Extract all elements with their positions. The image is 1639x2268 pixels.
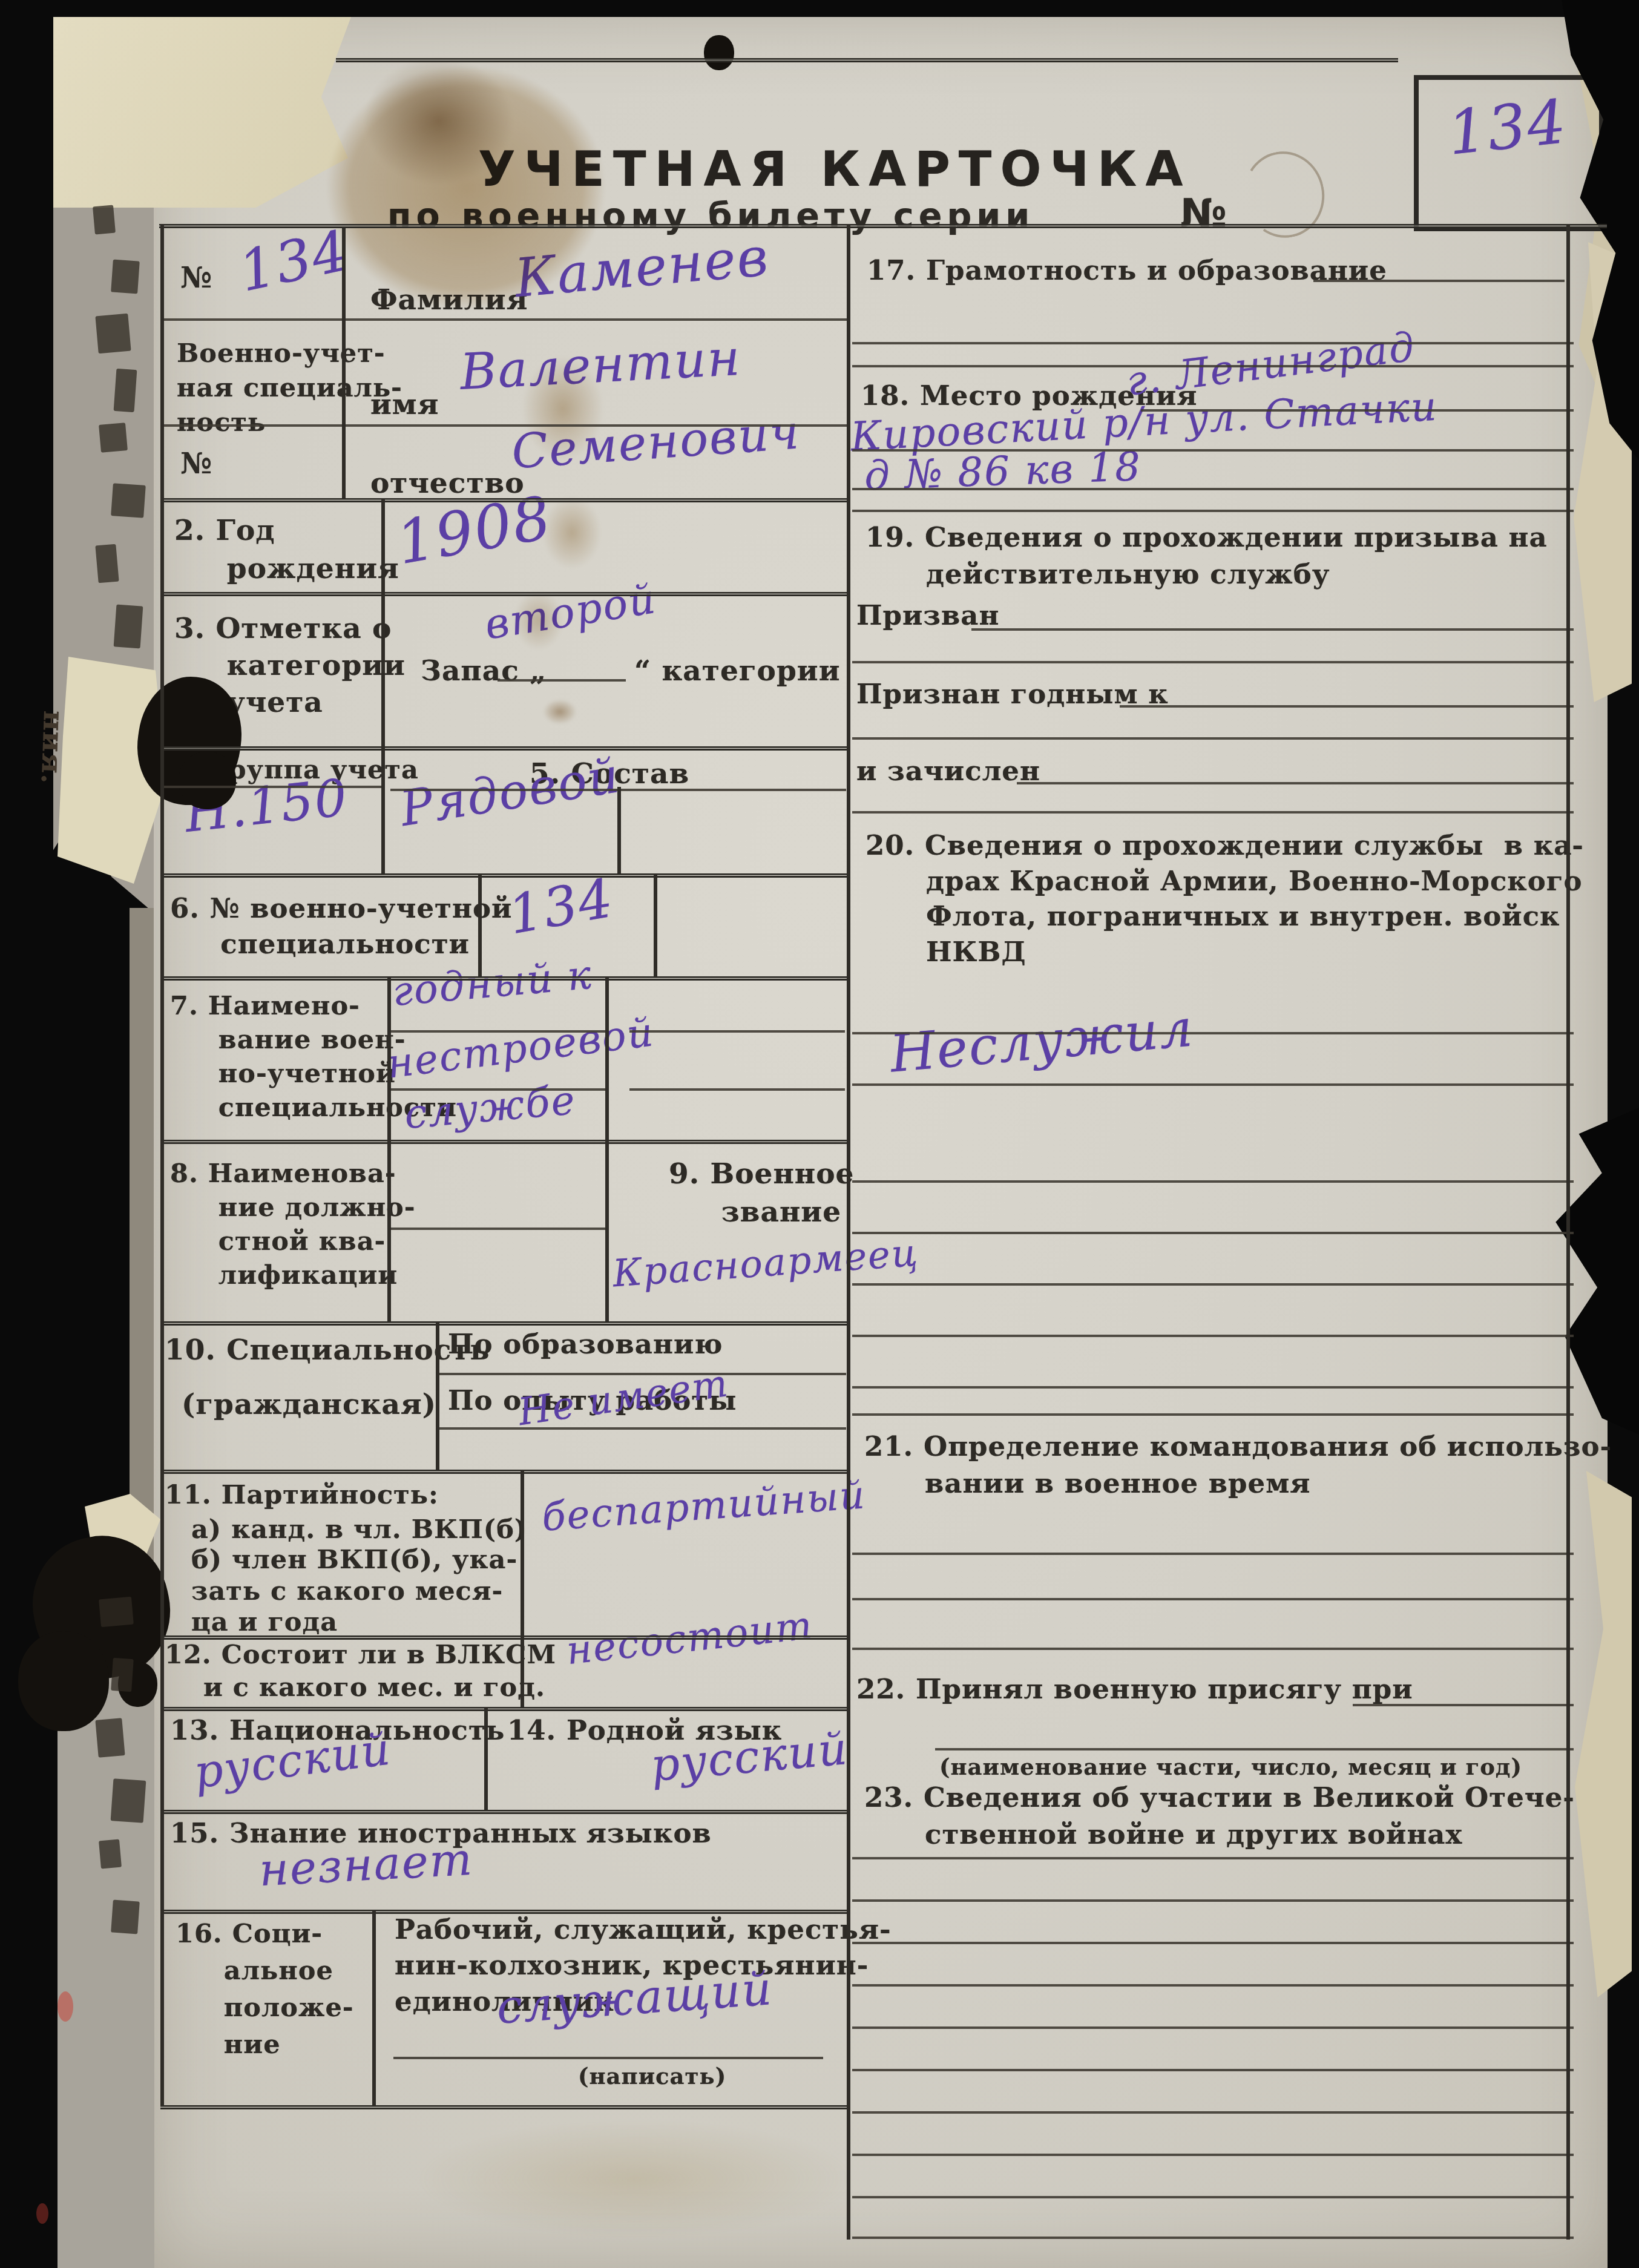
tea-stain-drip1 [508, 339, 617, 478]
rule-line [160, 873, 847, 878]
rule-line [1120, 705, 1574, 708]
rule-line [1313, 280, 1565, 282]
rule-line [852, 1857, 1574, 1859]
divider-line [372, 1910, 376, 2105]
field-3-zapas-label: Запас „ [421, 652, 547, 689]
rule-line [1353, 1704, 1574, 1706]
field-no-label: № [180, 259, 212, 297]
rule-line [852, 2026, 1574, 2029]
divider-line [387, 976, 391, 1140]
red-mark-2 [36, 2203, 48, 2224]
series-number-sign: № [1180, 189, 1227, 239]
divider-line [381, 746, 385, 873]
rule-line [852, 1648, 1574, 1650]
spine-print-mark [111, 483, 146, 518]
divider-line [847, 224, 850, 2240]
rule-line [160, 592, 847, 596]
spine-print-mark [111, 1900, 140, 1934]
divider-line [381, 498, 385, 746]
rule-line [1141, 409, 1574, 412]
spine-print-mark [95, 1718, 125, 1758]
rule-line [852, 811, 1574, 814]
field-11-label: 11. Партийность: [165, 1479, 439, 1513]
spine-text-fragment: ния. [33, 710, 71, 785]
divider-line [387, 1140, 391, 1321]
spine-print-mark [95, 314, 131, 353]
field-no2-label: № [180, 445, 212, 482]
rule-line [160, 1321, 847, 1326]
tea-stain-spot [539, 696, 581, 728]
rule-line [160, 746, 847, 751]
rule-line [852, 1553, 1574, 1555]
rule-line [629, 1030, 845, 1033]
spine-print-mark [99, 1597, 134, 1628]
rule-line [852, 1083, 1574, 1086]
field-22-label: 22. Принял военную присягу при [856, 1672, 1413, 1708]
spine-print-mark [99, 1839, 122, 1869]
divider-line [521, 1470, 524, 1707]
rule-line [852, 1232, 1574, 1234]
spine-print-mark [93, 205, 116, 235]
rule-line [160, 976, 847, 981]
divider-line [617, 787, 621, 873]
rule-line [436, 1427, 846, 1430]
spine-print-mark [111, 1658, 134, 1692]
field-21-label: 21. Определение командования об использо… [864, 1428, 1612, 1502]
rule-line [160, 1707, 847, 1711]
field-19-zachislen-label: и зачислен [856, 754, 1040, 789]
rule-line [160, 318, 847, 321]
rule-line [852, 365, 1574, 367]
rule-line [852, 1942, 1574, 1944]
field-11-option-b: б) член ВКП(б), ука- зать с какого меся-… [191, 1545, 517, 1639]
rule-line [935, 1748, 1574, 1750]
divider-line [342, 228, 346, 498]
rule-line [852, 2237, 1574, 2239]
corner-number-value: 134 [1444, 86, 1570, 169]
rule-line [387, 1228, 605, 1230]
field-2-label: 2. Год рождения [174, 511, 399, 588]
rule-line [336, 58, 1398, 62]
bottom-wash-stain [363, 2106, 908, 2252]
spine-print-mark [114, 605, 143, 649]
rule-line [160, 498, 847, 502]
rule-line [852, 1283, 1574, 1286]
divider-line [605, 1140, 609, 1321]
spine-strip-sliver [130, 908, 154, 1574]
divider-line [605, 976, 609, 1140]
rule-line [393, 2057, 823, 2059]
rule-line [852, 661, 1574, 663]
rule-line [852, 737, 1574, 740]
field-16-note: (написать) [578, 2062, 726, 2091]
rule-line [852, 1598, 1574, 1600]
rule-line [852, 1180, 1574, 1183]
rule-line [498, 679, 626, 682]
rule-line [852, 1413, 1574, 1416]
field-16-label: 16. Соци- альное положе- ние [176, 1916, 354, 2063]
rule-line [160, 786, 383, 788]
rule-line [160, 424, 847, 427]
rule-line [160, 1810, 847, 1814]
rule-line [852, 2196, 1574, 2198]
rule-line [852, 1386, 1574, 1389]
field-20-label: 20. Сведения о прохождении службы в ка- … [865, 828, 1584, 970]
field-19-label: 19. Сведения о прохождении призыва на де… [865, 519, 1548, 593]
spine-print-mark [111, 1778, 146, 1823]
divider-line [1566, 224, 1570, 2240]
spine-print-mark [95, 544, 119, 583]
rule-line [387, 1088, 605, 1091]
rule-line [387, 1030, 605, 1033]
ink-blot-row3-b [179, 752, 236, 809]
field-6-label: 6. № военно-учетной специальности [170, 891, 512, 962]
field-3-kategorii-label: “ категории [634, 652, 841, 689]
rule-line [852, 449, 1574, 452]
spine-print-mark [111, 260, 140, 294]
rule-line [852, 1984, 1574, 1987]
spine-print-mark [114, 369, 137, 412]
divider-line [478, 873, 482, 976]
rule-line [160, 1140, 847, 1144]
field-12-label: 12. Состоит ли в ВЛКСМ и с какого мес. и… [165, 1639, 556, 1704]
rule-line [160, 1635, 847, 1640]
rule-line [852, 1899, 1574, 1902]
divider-line [160, 224, 164, 2106]
rule-line [852, 1335, 1574, 1337]
rule-line [852, 510, 1574, 512]
field-10-label2: (гражданская) [182, 1386, 436, 1423]
divider-line [436, 1321, 439, 1470]
field-23-label: 23. Сведения об участии в Великой Отече-… [864, 1780, 1575, 1853]
ink-speck-top [704, 35, 734, 70]
rule-line [160, 2105, 850, 2109]
rule-line [629, 1088, 845, 1091]
field-10-education-label: По образованию [448, 1327, 723, 1362]
ink-blot-left-b [18, 1631, 109, 1731]
name-label: имя [370, 386, 439, 423]
red-mark-1 [57, 1991, 73, 2022]
field-17-label: 17. Грамотность и образование [867, 253, 1387, 289]
divider-line [654, 873, 657, 976]
divider-line [484, 1707, 488, 1810]
field-22-note: (наименование части, число, месяц и год) [939, 1752, 1522, 1781]
field-8-label: 8. Наименова- ние должно- стной ква- лиф… [170, 1157, 416, 1293]
rule-line [852, 342, 1574, 344]
rule-line [436, 1373, 846, 1375]
rule-line [852, 2154, 1574, 2156]
spine-print-mark [99, 422, 128, 453]
rule-line [159, 224, 1607, 228]
field-9-label: 9. Военное звание [669, 1155, 854, 1232]
rule-line [971, 628, 1574, 631]
rule-line [852, 2111, 1574, 2114]
rule-line [160, 1470, 847, 1474]
rule-line [852, 1032, 1574, 1034]
rule-line [160, 1910, 847, 1914]
rule-line [852, 2069, 1574, 2071]
field-10-label: 10. Специальность [165, 1332, 490, 1369]
rule-line [852, 488, 1574, 490]
field-11-option-a: а) канд. в чл. ВКП(б) [191, 1513, 527, 1547]
rule-line [1017, 782, 1574, 784]
